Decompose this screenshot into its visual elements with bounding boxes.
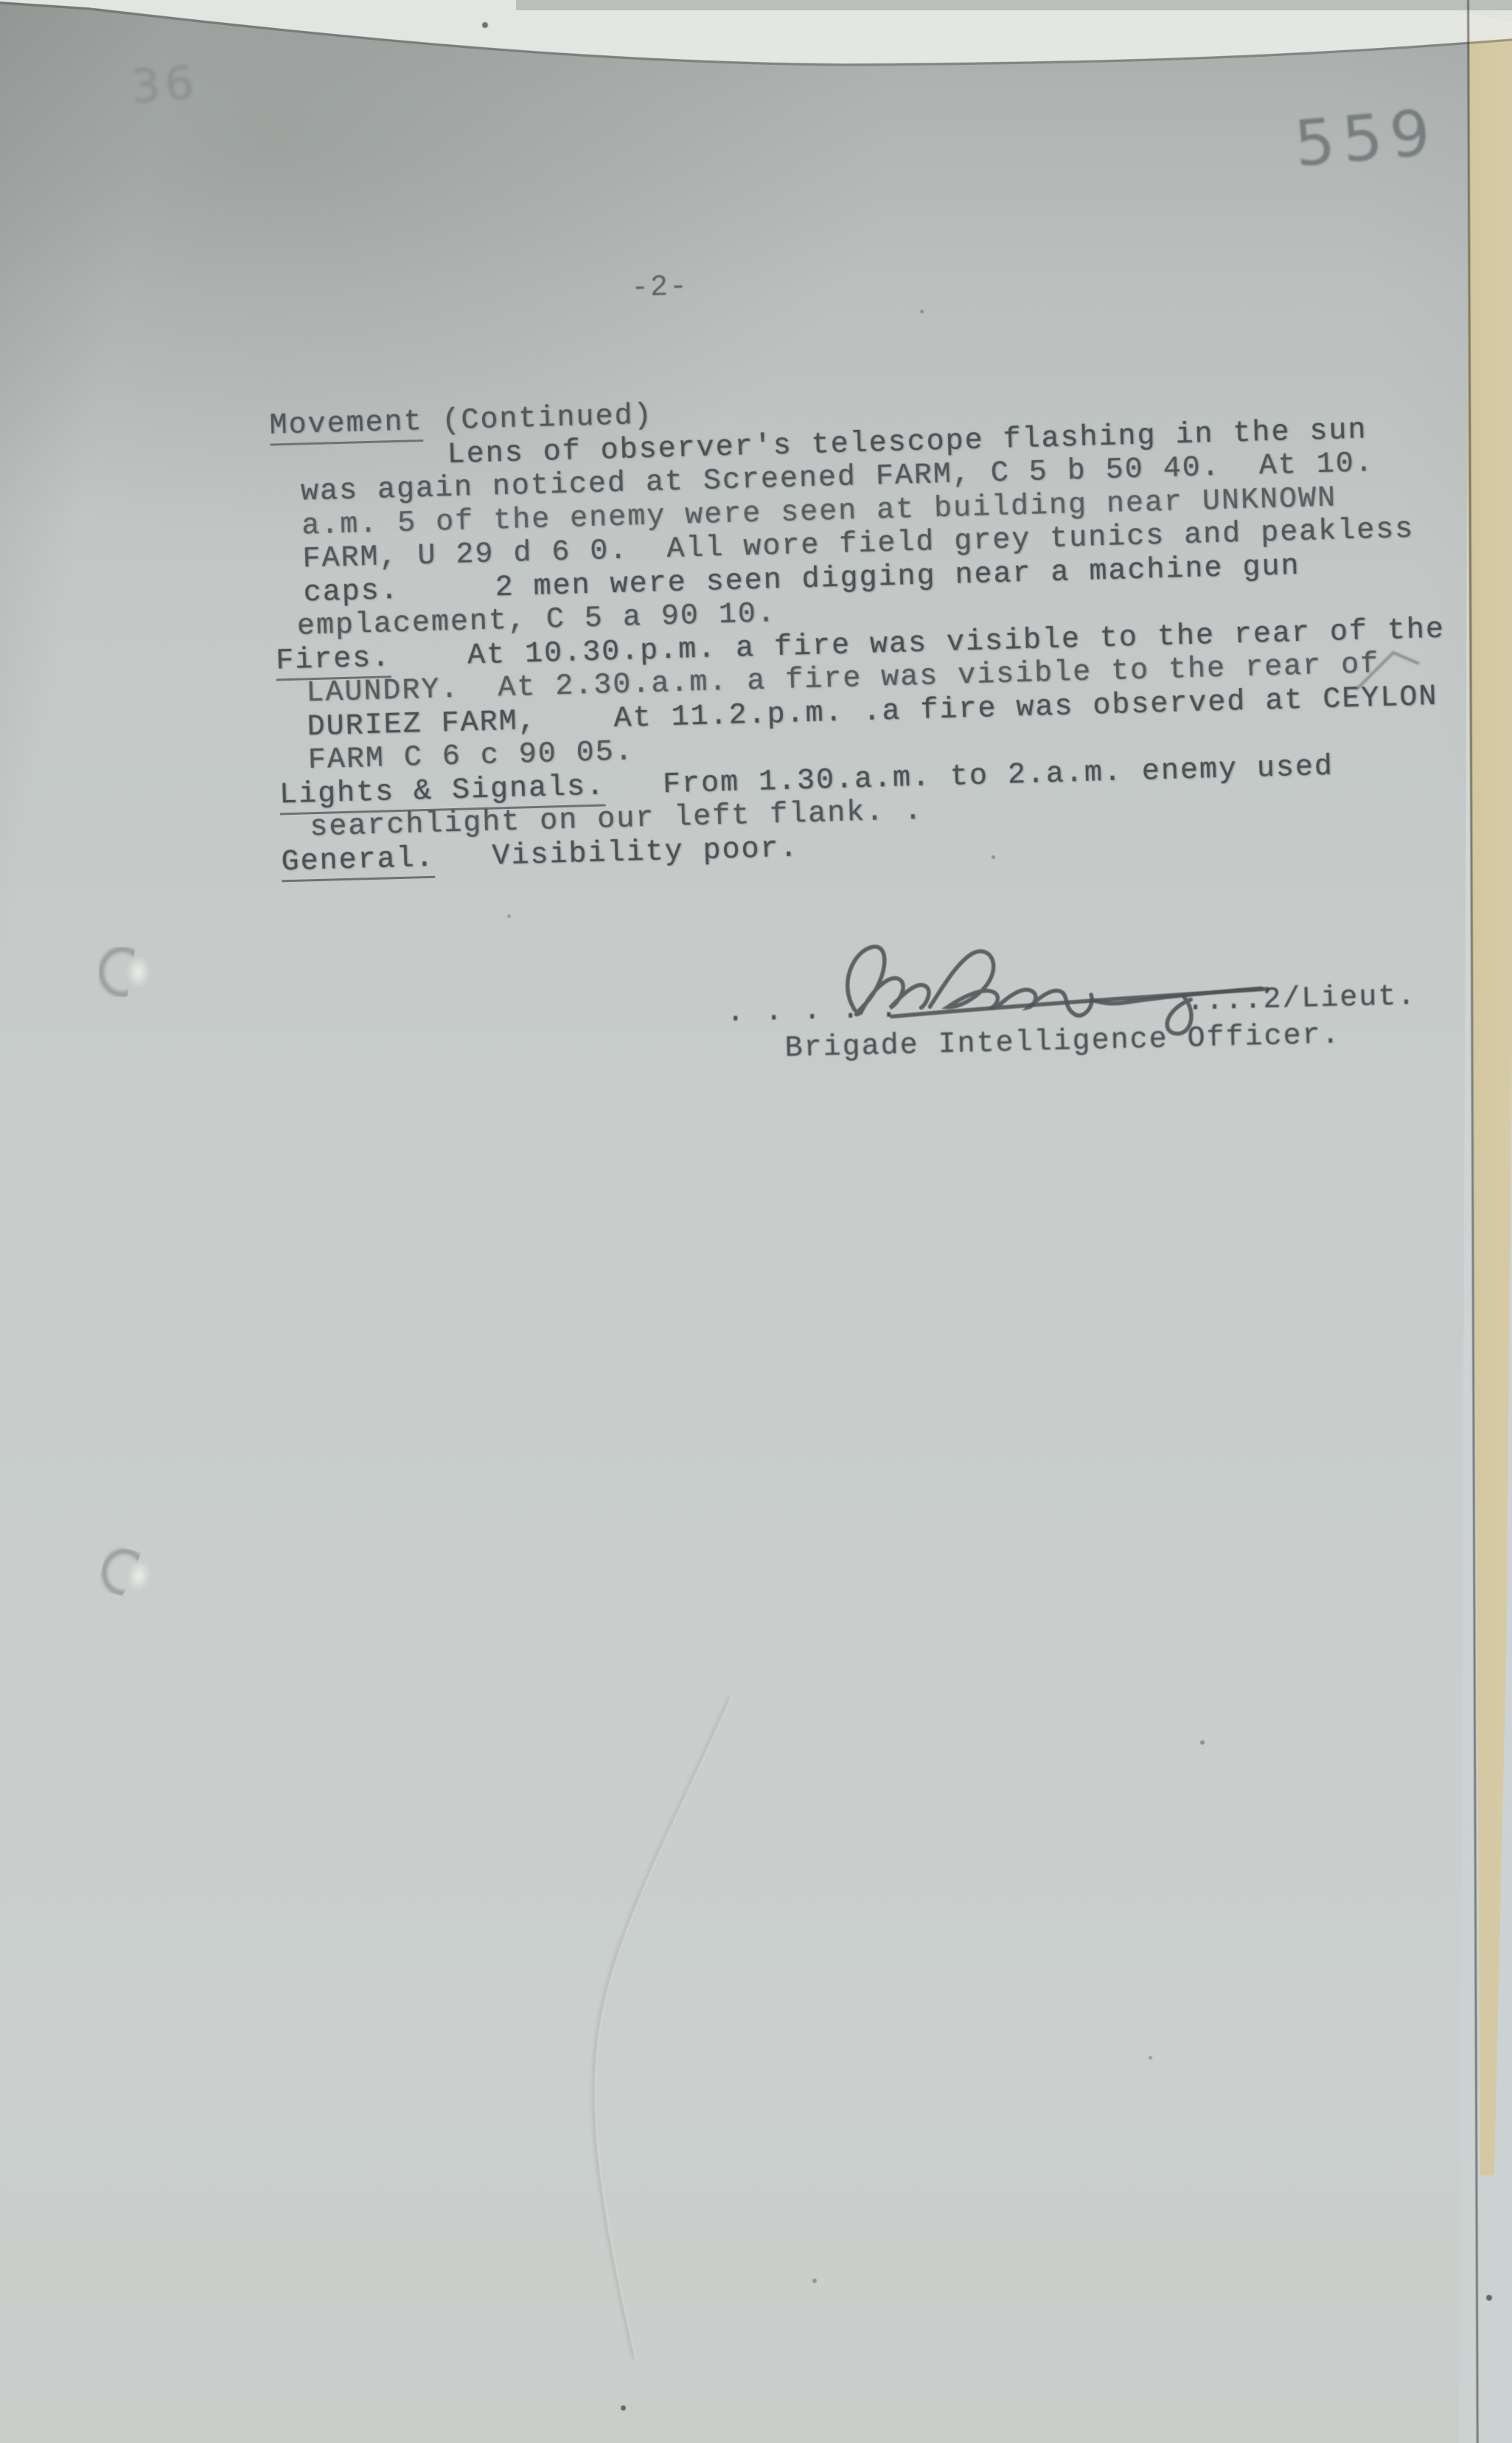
dust-speck <box>621 2405 626 2411</box>
hole-punch-mark <box>99 947 146 997</box>
page-number: -2- <box>630 271 689 305</box>
report-page <box>0 0 1512 2443</box>
line-text: (Continued) <box>422 400 653 439</box>
signature-block: . . . . . ....2/Lieut. Brigade Intellige… <box>726 979 1466 1100</box>
scanned-document-page: 559 36 -2- Movement (Continued)Lens of o… <box>0 0 1512 2443</box>
top-sheet-edge <box>0 0 1512 111</box>
dust-speck <box>812 2279 817 2283</box>
typed-report-body: Movement (Continued)Lens of observer's t… <box>258 378 1480 880</box>
dust-speck <box>920 310 924 313</box>
dust-speck <box>507 914 511 918</box>
dust-speck <box>1200 1740 1205 1745</box>
archive-number-pencil: 559 <box>1292 96 1440 182</box>
dust-speck <box>482 22 488 28</box>
dust-speck <box>1486 2295 1492 2301</box>
dust-speck <box>1149 2056 1152 2060</box>
section-heading: General. <box>281 841 435 882</box>
hole-punch-highlight <box>122 950 155 994</box>
dust-speck <box>992 855 995 859</box>
corner-pencil-mark: 36 <box>130 55 201 114</box>
